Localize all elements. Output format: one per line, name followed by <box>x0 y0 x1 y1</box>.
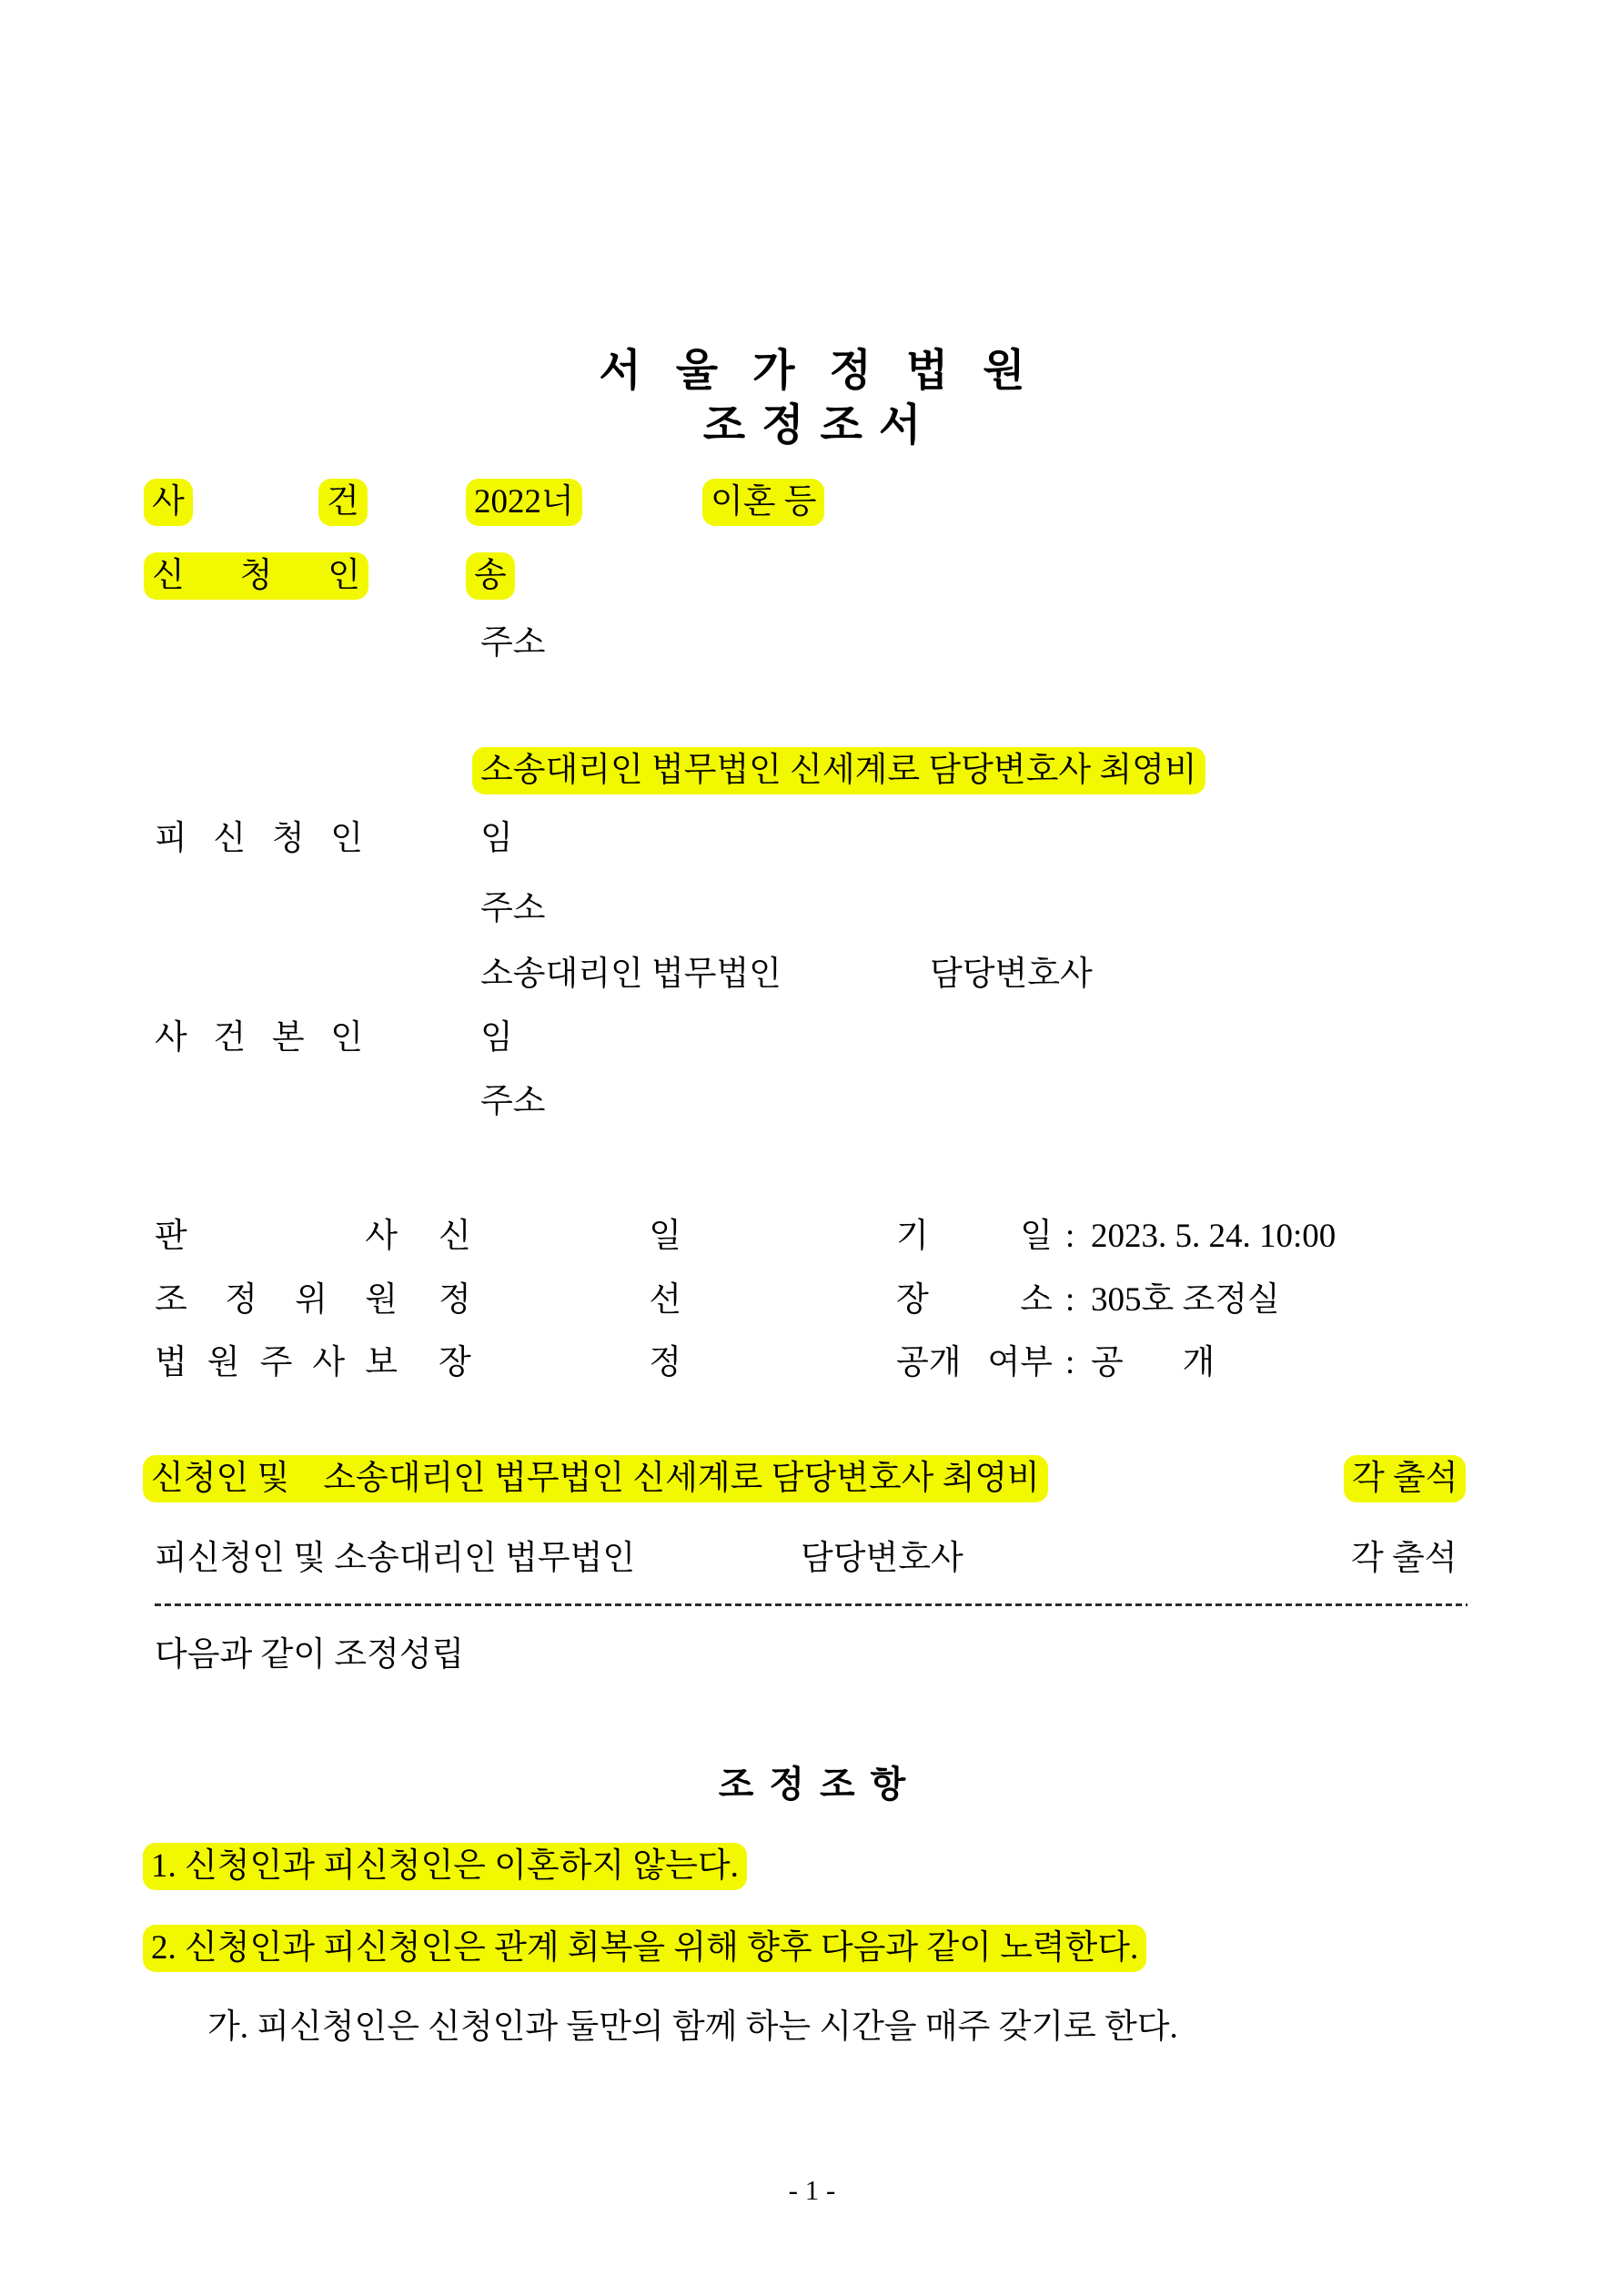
session-place-label: 장 소 <box>896 1279 1053 1321</box>
mediator-name: 정 선 <box>439 1279 681 1321</box>
clause-2-text: 2. 신청인과 피신청인은 관계 회복을 위해 향후 다음과 같이 노력한다. <box>143 1925 1146 1972</box>
judge-name: 신 일 <box>439 1216 681 1258</box>
mediator-role-label: 조 정 위 원 <box>155 1279 398 1321</box>
divider-dashed <box>155 1603 1468 1606</box>
case-number: 2022너 <box>466 479 582 526</box>
settlement-note: 다음과 같이 조정성립 <box>155 1634 464 1676</box>
applicant-attorney-line: 소송대리인 법무법인 신세계로 담당변호사 최영비 <box>472 747 1205 794</box>
respondent-label: 피 신 청 인 <box>155 818 363 860</box>
respondent-attorney-prefix: 소송대리인 법무법인 <box>480 954 782 996</box>
case-principal-address-label: 주소 <box>480 1081 545 1123</box>
case-label-part1: 사 <box>144 479 193 526</box>
clause-1-text: 1. 신청인과 피신청인은 이혼하지 않는다. <box>143 1843 747 1890</box>
court-name: 서 울 가 정 법 원 <box>0 344 1624 399</box>
applicant-address-label: 주소 <box>480 622 545 664</box>
attendance-respondent-status: 각 출석 <box>1351 1538 1457 1580</box>
session-date-value: 2023. 5. 24. 10:00 <box>1091 1216 1336 1258</box>
attendance-applicant-text: 신청인 및 소송대리인 법무법인 신세계로 담당변호사 최영비 <box>143 1455 1048 1502</box>
attendance-respondent-attorney: 담당변호사 <box>801 1538 963 1580</box>
attendance-applicant-status: 각 출석 <box>1344 1455 1466 1502</box>
respondent-name: 임 <box>480 818 513 860</box>
clerk-role-label: 법 원 주 사 보 <box>155 1342 398 1384</box>
session-date-label: 기 일 <box>896 1216 1053 1258</box>
public-access-value: 공 개 <box>1091 1342 1215 1384</box>
session-place-separator: : <box>1065 1279 1074 1321</box>
public-access-label: 공개 여부 <box>896 1342 1053 1384</box>
applicant-name: 송 <box>466 552 515 600</box>
clauses-heading: 조 정 조 항 <box>0 1762 1624 1807</box>
judge-role-label: 판 사 <box>155 1216 398 1258</box>
clause-2a-text: 가. 피신청인은 신청인과 둘만의 함께 하는 시간을 매주 갖기로 한다. <box>207 2007 1178 2048</box>
page-number: - 1 - <box>0 2173 1624 2209</box>
case-title: 이혼 등 <box>702 479 824 526</box>
document-type-title: 조 정 조 서 <box>0 399 1624 453</box>
case-principal-label: 사 건 본 인 <box>155 1017 363 1059</box>
case-label-part2: 건 <box>318 479 368 526</box>
applicant-label: 신 청 인 <box>144 552 368 600</box>
clerk-name: 장 정 <box>439 1342 681 1384</box>
session-date-separator: : <box>1065 1216 1074 1258</box>
court-document-page: 서 울 가 정 법 원 조 정 조 서 사 건 2022너 이혼 등 신 청 인… <box>0 0 1624 2296</box>
public-access-separator: : <box>1065 1342 1074 1384</box>
attendance-respondent-text: 피신청인 및 소송대리인 법무법인 <box>155 1538 635 1580</box>
case-principal-name: 임 <box>480 1017 513 1059</box>
respondent-address-label: 주소 <box>480 888 545 930</box>
respondent-attorney-title: 담당변호사 <box>930 954 1093 996</box>
session-place-value: 305호 조정실 <box>1091 1279 1280 1321</box>
